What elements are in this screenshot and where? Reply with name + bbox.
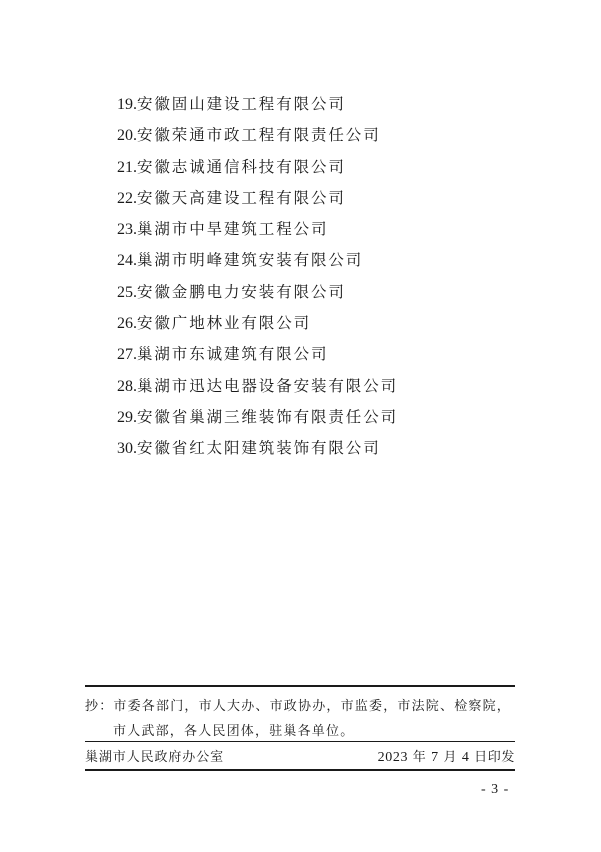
list-item: 19.安徽固山建设工程有限公司 — [117, 92, 398, 123]
list-item: 27.巢湖市东诚建筑有限公司 — [117, 342, 398, 373]
list-item: 24.巢湖市明峰建筑安装有限公司 — [117, 248, 398, 279]
copy-to-block: 抄：市委各部门，市人大办、市政协办，市监委，市法院、检察院， 市人武部，各人民团… — [85, 694, 517, 744]
top-rule — [85, 685, 515, 687]
list-item: 20.安徽荣通市政工程有限责任公司 — [117, 123, 398, 154]
list-item: 22.安徽天高建设工程有限公司 — [117, 186, 398, 217]
issuer: 巢湖市人民政府办公室 — [85, 746, 224, 765]
list-item: 23.巢湖市中旱建筑工程公司 — [117, 217, 398, 248]
middle-rule — [85, 741, 515, 742]
list-item: 26.安徽广地林业有限公司 — [117, 311, 398, 342]
issue-date: 2023 年 7 月 4 日印发 — [378, 746, 515, 766]
list-item: 28.巢湖市迅达电器设备安装有限公司 — [117, 374, 398, 405]
copy-to-line-1: 抄：市委各部门，市人大办、市政协办，市监委，市法院、检察院， — [85, 694, 517, 719]
list-item: 30.安徽省红太阳建筑装饰有限公司 — [117, 436, 398, 467]
copy-to-label: 抄： — [85, 699, 113, 714]
list-item: 25.安徽金鹏电力安装有限公司 — [117, 280, 398, 311]
list-item: 21.安徽志诚通信科技有限公司 — [117, 155, 398, 186]
page-number: - 3 - — [481, 782, 509, 798]
bottom-rule — [85, 769, 515, 771]
company-list: 19.安徽固山建设工程有限公司 20.安徽荣通市政工程有限责任公司 21.安徽志… — [117, 92, 398, 468]
list-item: 29.安徽省巢湖三维装饰有限责任公司 — [117, 405, 398, 436]
